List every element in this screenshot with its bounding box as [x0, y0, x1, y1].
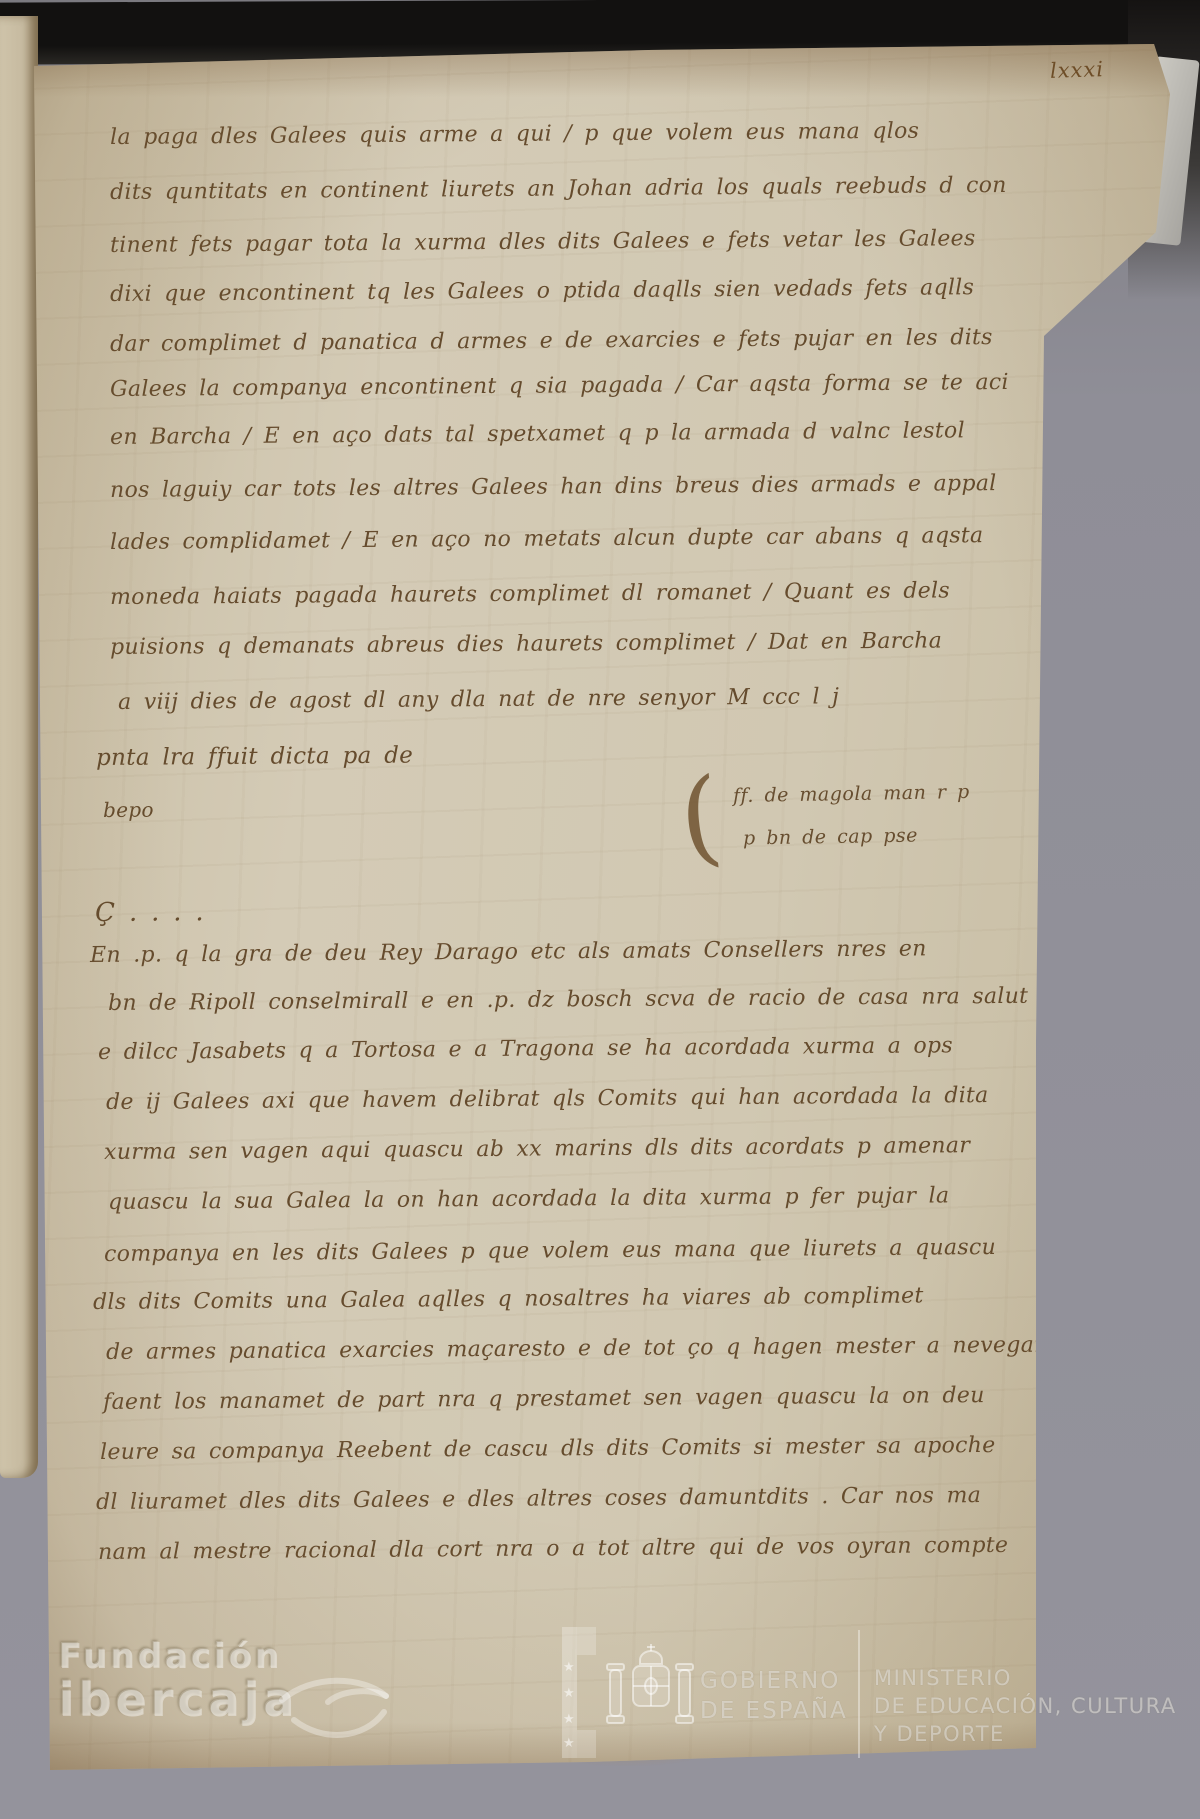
- signature-line-2: p bn de cap pse: [743, 824, 918, 849]
- folio-number: lxxxi: [1050, 57, 1105, 83]
- marginal-note: bepo: [103, 798, 154, 822]
- binding-edge-strip: [0, 16, 38, 1478]
- manuscript-line: bn de Ripoll conselmirall e en .p. dz bo…: [108, 984, 1028, 1016]
- manuscript-line: dl liuramet dles dits Galees e dles altr…: [96, 1483, 981, 1515]
- manuscript-line: la paga dles Galees quis arme a qui / p …: [110, 119, 919, 150]
- manuscript-line: e dilcc Jasabets q a Tortosa e a Tragona…: [98, 1033, 953, 1065]
- manuscript-line: leure sa companya Reebent de cascu dls d…: [100, 1433, 996, 1465]
- flag-banner: ★★★★: [562, 1627, 596, 1758]
- manuscript-line: en Barcha / E en aço dats tal spetxamet …: [110, 418, 965, 450]
- manuscript-line: nos laguiy car tots les altres Galees ha…: [110, 471, 997, 503]
- manuscript-line: Galees la companya encontinent q sia pag…: [110, 370, 1009, 402]
- manuscript-line: companya en les dits Galees p que volem …: [104, 1235, 996, 1267]
- watermark-fundacion: Fundación: [58, 1636, 282, 1676]
- watermark-ministerio-line2: DE EDUCACIÓN, CULTURA: [874, 1694, 1177, 1718]
- watermark-ministerio-line1: MINISTERIO: [874, 1666, 1012, 1690]
- manuscript-line: nam al mestre racional dla cort nra o a …: [98, 1533, 1008, 1565]
- manuscript-line: faent los manamet de part nra q prestame…: [103, 1383, 985, 1415]
- flag-tab-top: [577, 1627, 596, 1655]
- watermark-ibercaja: ibercaja: [58, 1672, 298, 1726]
- manuscript-line: a viij dies de agost dl any dla nat de n…: [118, 684, 839, 715]
- watermark-gobierno-line1: GOBIERNO: [700, 1668, 840, 1694]
- flag-tab-bottom: [577, 1730, 596, 1758]
- manuscript-line: moneda haiats pagada haurets complimet d…: [110, 578, 950, 610]
- manuscript-line: dixi que encontinent tq les Galees o pti…: [110, 275, 974, 307]
- manuscript-line: xurma sen vagen aqui quascu ab xx marins…: [104, 1133, 970, 1165]
- star-icon: ★: [563, 1686, 575, 1701]
- manuscript-line: dits quntitats en continent liurets an J…: [110, 173, 1007, 205]
- manuscript-line: puisions q demanats abreus dies haurets …: [110, 628, 942, 660]
- signature-bracket: (: [674, 754, 727, 880]
- manuscript-line: pnta lra ffuit dicta pa de: [96, 743, 413, 771]
- watermark-gobierno-line2: DE ESPAÑA: [700, 1698, 848, 1724]
- watermark-divider: [858, 1630, 860, 1758]
- manuscript-line: tinent fets pagar tota la xurma dles dit…: [110, 226, 976, 258]
- star-icon: ★: [563, 1660, 575, 1675]
- manuscript-line: de armes panatica exarcies maçaresto e d…: [106, 1333, 1045, 1365]
- paragraph-separator: Ç . . . .: [95, 897, 204, 928]
- star-icon: ★: [563, 1712, 575, 1727]
- manuscript-scan: lxxxi ( ff. de magola man r p p bn de ca…: [0, 0, 1200, 1819]
- signature-line-1: ff. de magola man r p: [733, 781, 970, 807]
- watermark-ministerio-line3: Y DEPORTE: [874, 1722, 1005, 1746]
- manuscript-line: En .p. q la gra de deu Rey Darago etc al…: [90, 936, 927, 968]
- spain-coat-of-arms-icon: [604, 1640, 696, 1742]
- ibercaja-swirl-icon: [278, 1670, 393, 1746]
- star-icon: ★: [563, 1736, 575, 1751]
- manuscript-line: dls dits Comits una Galea aqlles q nosal…: [93, 1283, 924, 1315]
- manuscript-line: quascu la sua Galea la on han acordada l…: [108, 1183, 949, 1215]
- manuscript-line: de ij Galees axi que havem delibrat qls …: [106, 1083, 989, 1115]
- manuscript-line: dar complimet d panatica d armes e de ex…: [110, 325, 993, 357]
- manuscript-line: lades complidamet / E en aço no metats a…: [110, 523, 984, 555]
- manuscript-page: lxxxi ( ff. de magola man r p p bn de ca…: [28, 42, 1176, 1774]
